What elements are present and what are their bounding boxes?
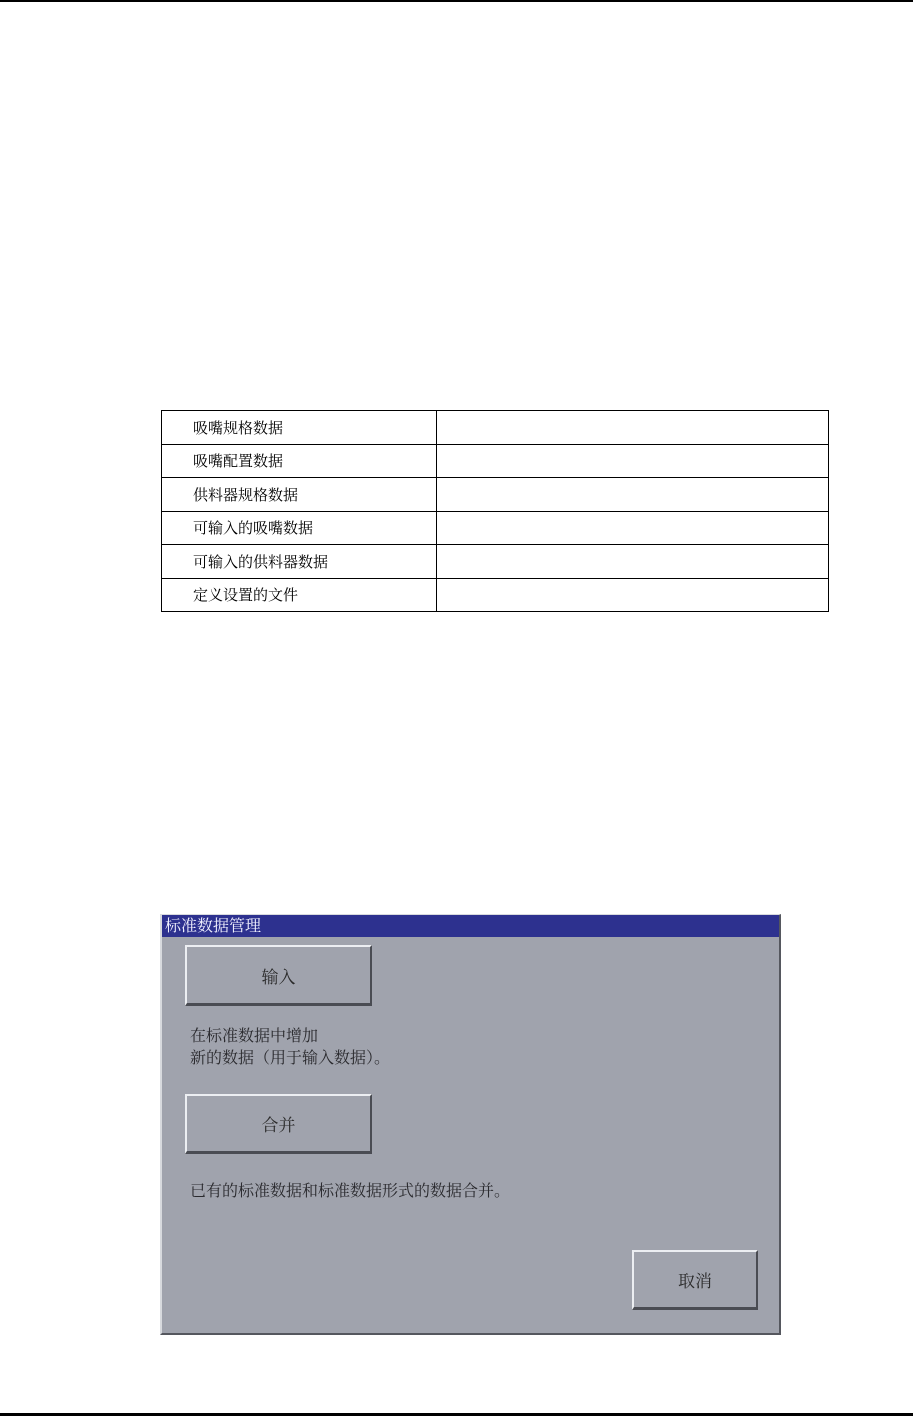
merge-button[interactable]: 合并 bbox=[185, 1094, 372, 1154]
standard-data-table: 吸嘴规格数据 吸嘴配置数据 供料器规格数据 可输入的吸嘴数据 可输入的供料器数据… bbox=[161, 410, 829, 612]
merge-button-label: 合并 bbox=[262, 1111, 296, 1136]
table-cell-name: 可输入的供料器数据 bbox=[162, 545, 437, 579]
table-row: 供料器规格数据 bbox=[162, 478, 829, 512]
merge-description: 已有的标准数据和标准数据形式的数据合并。 bbox=[190, 1180, 510, 1202]
import-button[interactable]: 输入 bbox=[185, 945, 372, 1006]
table-row: 定义设置的文件 bbox=[162, 578, 829, 612]
table-row: 可输入的吸嘴数据 bbox=[162, 511, 829, 545]
table-cell-name: 吸嘴规格数据 bbox=[162, 411, 437, 445]
top-rule bbox=[0, 0, 913, 2]
import-description: 在标准数据中增加 新的数据（用于输入数据）。 bbox=[190, 1025, 390, 1069]
table-cell-value bbox=[437, 578, 829, 612]
table-cell-name: 可输入的吸嘴数据 bbox=[162, 511, 437, 545]
table-cell-name: 供料器规格数据 bbox=[162, 478, 437, 512]
table-cell-name: 定义设置的文件 bbox=[162, 578, 437, 612]
table-row: 可输入的供料器数据 bbox=[162, 545, 829, 579]
import-button-label: 输入 bbox=[262, 963, 296, 988]
table-row: 吸嘴配置数据 bbox=[162, 444, 829, 478]
cancel-button[interactable]: 取消 bbox=[632, 1250, 758, 1310]
table-cell-value bbox=[437, 545, 829, 579]
table-cell-value bbox=[437, 511, 829, 545]
table-cell-name: 吸嘴配置数据 bbox=[162, 444, 437, 478]
import-description-line1: 在标准数据中增加 bbox=[190, 1025, 390, 1047]
dialog-title: 标准数据管理 bbox=[162, 915, 779, 937]
import-description-line2: 新的数据（用于输入数据）。 bbox=[190, 1047, 390, 1069]
table-row: 吸嘴规格数据 bbox=[162, 411, 829, 445]
standard-data-management-dialog: 标准数据管理 输入 在标准数据中增加 新的数据（用于输入数据）。 合并 已有的标… bbox=[160, 914, 781, 1335]
table-cell-value bbox=[437, 478, 829, 512]
table-cell-value bbox=[437, 444, 829, 478]
cancel-button-label: 取消 bbox=[678, 1267, 712, 1292]
table-cell-value bbox=[437, 411, 829, 445]
